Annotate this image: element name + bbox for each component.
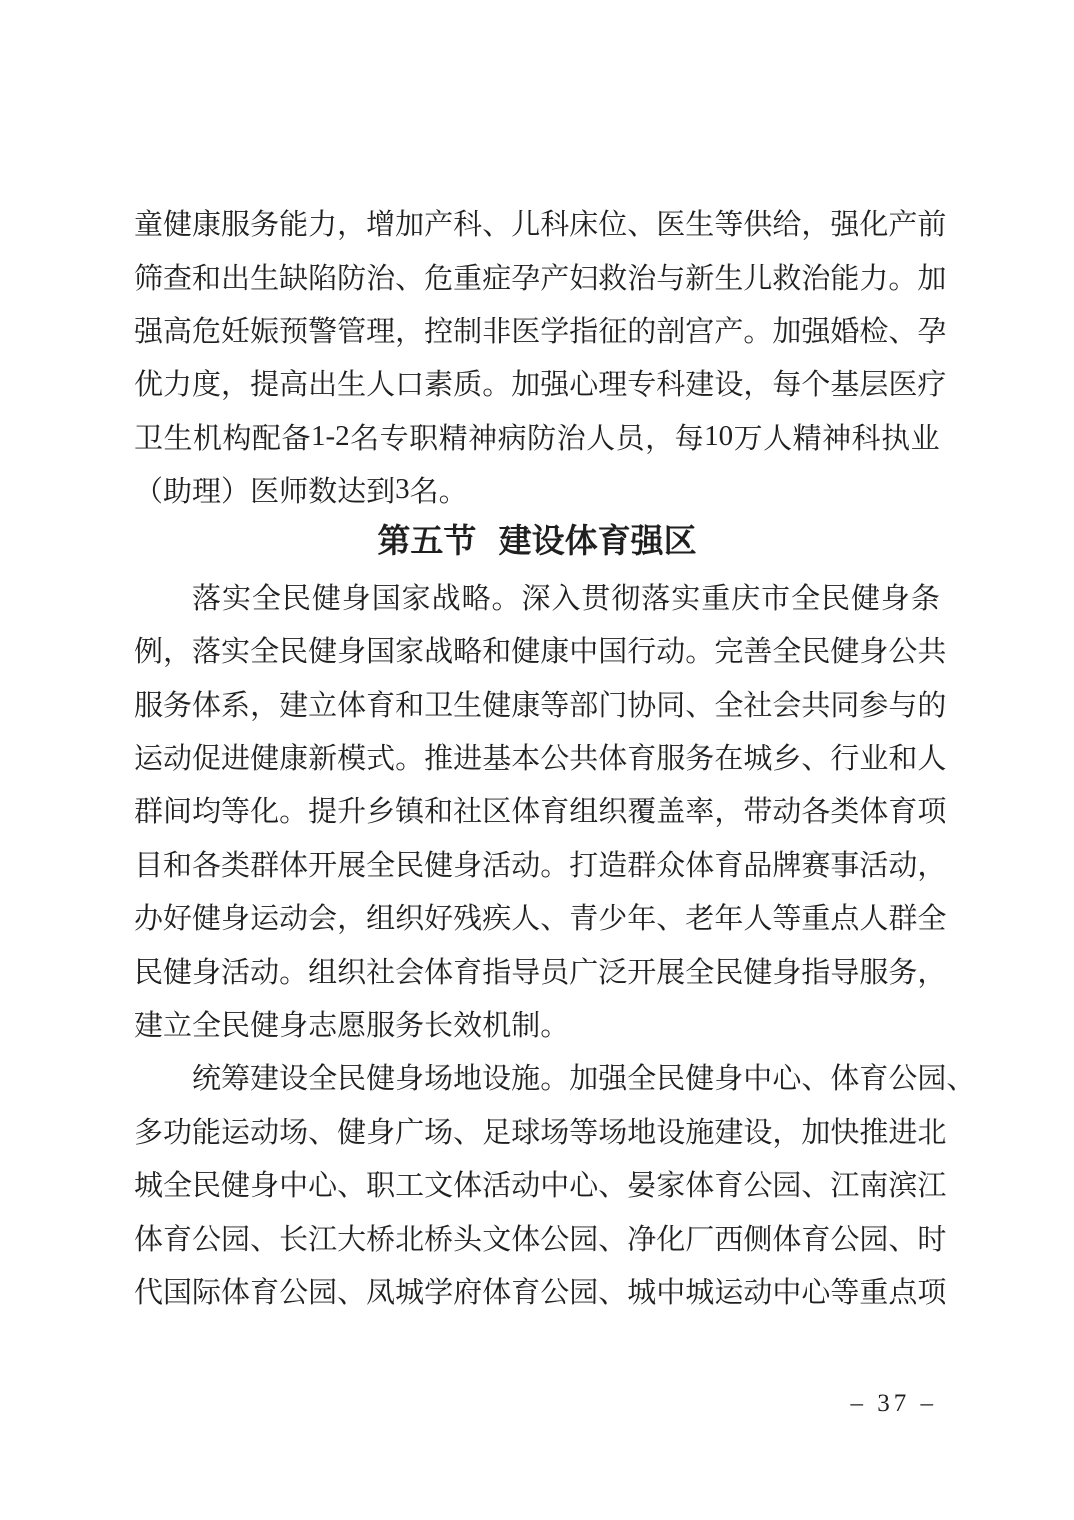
text-char: 组 bbox=[569, 789, 598, 830]
text-line: 例，落实全民健身国家战略和健康中国行动。完善全民健身公共 bbox=[134, 623, 940, 676]
text-char: 全 bbox=[308, 1056, 337, 1097]
text-line: 目和各类群体开展全民健身活动。打造群众体育品牌赛事活动， bbox=[134, 837, 940, 890]
text-char: 园 bbox=[772, 1163, 801, 1204]
text-char: 到 bbox=[366, 469, 395, 510]
text-char: 科 bbox=[852, 416, 881, 457]
text-char: 各 bbox=[801, 789, 830, 830]
text-char: 。 bbox=[395, 736, 424, 777]
text-char: 陷 bbox=[308, 256, 337, 297]
text-char: 促 bbox=[192, 736, 221, 777]
text-char: 民 bbox=[192, 1163, 221, 1204]
text-char: 。 bbox=[743, 309, 772, 350]
text-char: 泛 bbox=[598, 950, 627, 991]
text-char: 青 bbox=[569, 896, 598, 937]
text-line: 城全民健身中心、职工文体活动中心、晏家体育公园、江南滨江 bbox=[134, 1157, 940, 1210]
text-char: 园 bbox=[308, 1270, 337, 1311]
text-char: 项 bbox=[917, 1270, 946, 1311]
text-char: 健 bbox=[192, 896, 221, 937]
text-char: 层 bbox=[859, 362, 888, 403]
text-char: 动 bbox=[250, 1110, 279, 1151]
text-char: 侧 bbox=[743, 1217, 772, 1258]
text-char: 婚 bbox=[830, 309, 859, 350]
text-char: 学 bbox=[540, 309, 569, 350]
text-char: 民 bbox=[337, 1056, 366, 1097]
text-char: 人 bbox=[743, 896, 772, 937]
text-char: 素 bbox=[424, 362, 453, 403]
text-char: 医 bbox=[656, 202, 685, 243]
text-char: 。 bbox=[540, 1003, 569, 1044]
text-char: 国 bbox=[372, 576, 401, 617]
text-char: 、 bbox=[598, 1270, 627, 1311]
text-char: 、 bbox=[482, 202, 511, 243]
text-char: 健 bbox=[337, 1110, 366, 1151]
text-char: 增 bbox=[366, 202, 395, 243]
text-line: 卫生机构配备1-2名专职精神病防治人员，每10万人精神科执业 bbox=[134, 410, 940, 463]
text-char: 重 bbox=[453, 256, 482, 297]
text-char: 区 bbox=[482, 789, 511, 830]
text-char: 时 bbox=[917, 1217, 946, 1258]
text-char: 化 bbox=[656, 1217, 685, 1258]
text-char: 园 bbox=[859, 1217, 888, 1258]
text-char: 模 bbox=[337, 736, 366, 777]
text-char: 、 bbox=[801, 736, 830, 777]
text-char: 率 bbox=[685, 789, 714, 830]
text-line: 办好健身运动会，组织好残疾人、青少年、老年人等重点人群全 bbox=[134, 890, 940, 943]
text-char: 实 bbox=[221, 629, 250, 670]
text-char: 群 bbox=[134, 789, 163, 830]
text-char: 卫 bbox=[424, 683, 453, 724]
text-char: 身 bbox=[279, 1003, 308, 1044]
text-char: 动 bbox=[511, 1163, 540, 1204]
text-char: 设 bbox=[279, 1056, 308, 1097]
text-char: 活 bbox=[859, 843, 888, 884]
text-char: 神 bbox=[822, 416, 851, 457]
text-char: 查 bbox=[163, 256, 192, 297]
text-char: 心 bbox=[569, 1163, 598, 1204]
text-char: 园 bbox=[221, 1217, 250, 1258]
text-char: 。 bbox=[279, 789, 308, 830]
text-char: 重 bbox=[801, 896, 830, 937]
text-char: 同 bbox=[656, 683, 685, 724]
text-char: 善 bbox=[743, 629, 772, 670]
text-char: 。 bbox=[492, 576, 521, 617]
text-char: 、 bbox=[395, 256, 424, 297]
text-char: 能 bbox=[279, 202, 308, 243]
text-char: 务 bbox=[163, 683, 192, 724]
text-char: 厂 bbox=[685, 1217, 714, 1258]
text-char: 心 bbox=[772, 1056, 801, 1097]
text-char: 出 bbox=[221, 256, 250, 297]
text-char: 身 bbox=[192, 950, 221, 991]
text-char: 力 bbox=[308, 202, 337, 243]
text-char: 实 bbox=[671, 576, 700, 617]
text-char: 乡 bbox=[366, 789, 395, 830]
text-char: 务 bbox=[685, 736, 714, 777]
text-char: 城 bbox=[627, 1270, 656, 1311]
text-char: 质 bbox=[453, 362, 482, 403]
text-char: 康 bbox=[511, 683, 540, 724]
text-char: 净 bbox=[627, 1217, 656, 1258]
text-char: 名 bbox=[350, 416, 379, 457]
text-char: 身 bbox=[714, 1056, 743, 1097]
text-char: 全 bbox=[250, 629, 279, 670]
text-char: 加 bbox=[801, 1110, 830, 1151]
text-char: 神 bbox=[468, 416, 497, 457]
text-char: 。 bbox=[279, 950, 308, 991]
text-char: 部 bbox=[569, 683, 598, 724]
text-char: 动 bbox=[743, 1270, 772, 1311]
text-char: 共 bbox=[917, 629, 946, 670]
text-char: ， bbox=[801, 202, 830, 243]
text-char: 供 bbox=[743, 202, 772, 243]
text-char: 救 bbox=[598, 256, 627, 297]
text-char: 设 bbox=[482, 1056, 511, 1097]
text-char: 愿 bbox=[337, 1003, 366, 1044]
text-char: 健 bbox=[685, 1056, 714, 1097]
text-char: 点 bbox=[888, 1270, 917, 1311]
text-char: 和 bbox=[888, 736, 917, 777]
text-char: 构 bbox=[223, 416, 252, 457]
text-char: 西 bbox=[714, 1217, 743, 1258]
text-char: 城 bbox=[395, 1270, 424, 1311]
text-char: 医 bbox=[511, 309, 540, 350]
text-char: 地 bbox=[627, 1110, 656, 1151]
text-line: 优力度，提高出生人口素质。加强心理专科建设，每个基层医疗 bbox=[134, 356, 940, 409]
text-char: 达 bbox=[337, 469, 366, 510]
text-char: 管 bbox=[337, 309, 366, 350]
text-char: 会 bbox=[772, 683, 801, 724]
text-char: ， bbox=[337, 896, 366, 937]
text-char: 际 bbox=[192, 1270, 221, 1311]
text-char: 、 bbox=[888, 1217, 917, 1258]
text-char: 基 bbox=[482, 736, 511, 777]
text-char: 等 bbox=[714, 202, 743, 243]
text-char: 系 bbox=[221, 683, 250, 724]
text-char: 全 bbox=[627, 1056, 656, 1097]
text-char: 桥 bbox=[424, 1217, 453, 1258]
text-char: ， bbox=[221, 362, 250, 403]
text-char: 医 bbox=[250, 469, 279, 510]
text-char: 落 bbox=[641, 576, 670, 617]
text-char: 立 bbox=[308, 683, 337, 724]
text-char: 实 bbox=[222, 576, 251, 617]
text-char: 园 bbox=[917, 1056, 946, 1097]
text-char: 产 bbox=[714, 309, 743, 350]
text-char: 战 bbox=[424, 629, 453, 670]
text-char: 施 bbox=[511, 1056, 540, 1097]
text-char: 城 bbox=[134, 1163, 163, 1204]
text-char: 人 bbox=[511, 896, 540, 937]
text-char: 足 bbox=[482, 1110, 511, 1151]
text-char: 战 bbox=[432, 576, 461, 617]
text-char: 人 bbox=[917, 736, 946, 777]
text-char: 落 bbox=[192, 629, 221, 670]
text-char: 务 bbox=[250, 202, 279, 243]
text-char: 和 bbox=[163, 843, 192, 884]
text-char: 落 bbox=[192, 576, 221, 617]
text-char: 人 bbox=[763, 416, 792, 457]
text-char: 体 bbox=[772, 1217, 801, 1258]
text-char: 完 bbox=[714, 629, 743, 670]
text-char: 快 bbox=[830, 1110, 859, 1151]
text-char: 彻 bbox=[611, 576, 640, 617]
text-char: 前 bbox=[917, 202, 946, 243]
text-char: 升 bbox=[337, 789, 366, 830]
text-char: 建 bbox=[685, 362, 714, 403]
text-char: 新 bbox=[308, 736, 337, 777]
text-char: 防 bbox=[527, 416, 556, 457]
text-char: 服 bbox=[656, 736, 685, 777]
text-char: 均 bbox=[192, 789, 221, 830]
text-char: 、 bbox=[656, 896, 685, 937]
text-char: 业 bbox=[911, 416, 940, 457]
text-char: 1-2 bbox=[311, 420, 350, 453]
text-char: 筹 bbox=[221, 1056, 250, 1097]
text-char: 。 bbox=[482, 362, 511, 403]
text-char: 治 bbox=[557, 416, 586, 457]
text-char: 身 bbox=[395, 1056, 424, 1097]
text-char: 群 bbox=[888, 896, 917, 937]
text-char: 员 bbox=[616, 416, 645, 457]
text-char: 能 bbox=[830, 256, 859, 297]
text-char: 中 bbox=[569, 629, 598, 670]
text-char: 推 bbox=[424, 736, 453, 777]
text-char: 江 bbox=[308, 1217, 337, 1258]
text-char: 会 bbox=[395, 950, 424, 991]
text-char: 共 bbox=[801, 683, 830, 724]
text-char: 妇 bbox=[569, 256, 598, 297]
text-char: 员 bbox=[540, 950, 569, 991]
text-line: （助理）医师数达到3名。 bbox=[134, 463, 940, 516]
text-char: 头 bbox=[453, 1217, 482, 1258]
text-char: 、 bbox=[685, 683, 714, 724]
text-char: 活 bbox=[482, 843, 511, 884]
text-char: （ bbox=[134, 469, 163, 510]
text-char: 数 bbox=[308, 469, 337, 510]
text-char: 理 bbox=[598, 362, 627, 403]
text-char: 身 bbox=[366, 1110, 395, 1151]
text-char: 设 bbox=[743, 1110, 772, 1151]
text-char: 城 bbox=[685, 1270, 714, 1311]
text-char: 立 bbox=[163, 1003, 192, 1044]
text-char: 健 bbox=[482, 683, 511, 724]
text-char: 文 bbox=[424, 1163, 453, 1204]
text-char: 育 bbox=[366, 683, 395, 724]
text-char: 效 bbox=[453, 1003, 482, 1044]
text-char: 民 bbox=[282, 576, 311, 617]
text-char: 城 bbox=[743, 736, 772, 777]
text-char: 职 bbox=[409, 416, 438, 457]
text-char: 长 bbox=[424, 1003, 453, 1044]
text-char: 心 bbox=[308, 1163, 337, 1204]
text-char: 运 bbox=[134, 736, 163, 777]
text-char: 与 bbox=[656, 256, 685, 297]
text-char: 、 bbox=[540, 896, 569, 937]
text-char: 、 bbox=[946, 1056, 975, 1097]
text-char: 和 bbox=[424, 789, 453, 830]
text-char: ， bbox=[163, 629, 192, 670]
text-char: 基 bbox=[830, 362, 859, 403]
text-char: 危 bbox=[424, 256, 453, 297]
text-char: 制 bbox=[511, 1003, 540, 1044]
text-char: 会 bbox=[308, 896, 337, 937]
text-char: 全 bbox=[366, 843, 395, 884]
text-line: 群间均等化。提升乡镇和社区体育组织覆盖率，带动各类体育项 bbox=[134, 783, 940, 836]
text-char: 儿 bbox=[511, 202, 540, 243]
text-char: 执 bbox=[881, 416, 910, 457]
text-char: 身 bbox=[772, 950, 801, 991]
text-char: 等 bbox=[221, 789, 250, 830]
text-char: 少 bbox=[598, 896, 627, 937]
text-char: 生 bbox=[685, 202, 714, 243]
text-char: 功 bbox=[163, 1110, 192, 1151]
text-char: 、 bbox=[598, 1217, 627, 1258]
text-char: 社 bbox=[743, 683, 772, 724]
text-char: 中 bbox=[279, 1163, 308, 1204]
text-char: 体 bbox=[279, 843, 308, 884]
text-char: 征 bbox=[598, 309, 627, 350]
text-char: 。 bbox=[685, 629, 714, 670]
text-char: 。 bbox=[888, 256, 917, 297]
text-char: 间 bbox=[163, 789, 192, 830]
text-char: 疾 bbox=[482, 896, 511, 937]
text-char: 进 bbox=[888, 1110, 917, 1151]
text-char: 公 bbox=[192, 1217, 221, 1258]
text-char: 园 bbox=[569, 1270, 598, 1311]
text-char: 中 bbox=[772, 1270, 801, 1311]
text-char: 产 bbox=[424, 202, 453, 243]
text-char: 化 bbox=[859, 202, 888, 243]
text-char: 万 bbox=[734, 416, 763, 457]
text-char: 公 bbox=[830, 1217, 859, 1258]
text-char: 镇 bbox=[395, 789, 424, 830]
text-char: 产 bbox=[540, 256, 569, 297]
document-page: 童健康服务能力，增加产科、儿科床位、医生等供给，强化产前筛查和出生缺陷防治、危重… bbox=[0, 0, 1074, 1520]
text-char: 预 bbox=[279, 309, 308, 350]
text-line: 体育公园、长江大桥北桥头文体公园、净化厂西侧体育公园、时 bbox=[134, 1210, 940, 1263]
text-char: 健 bbox=[830, 629, 859, 670]
text-char: 强 bbox=[830, 202, 859, 243]
text-char: 。 bbox=[540, 1056, 569, 1097]
text-char: 动 bbox=[888, 843, 917, 884]
text-char: 缺 bbox=[279, 256, 308, 297]
text-char: 民 bbox=[395, 843, 424, 884]
text-line: 代国际体育公园、凤城学府体育公园、城中城运动中心等重点项 bbox=[134, 1264, 940, 1317]
text-char: 健 bbox=[163, 950, 192, 991]
page-number: – 37 – bbox=[851, 1390, 938, 1418]
text-char: 凤 bbox=[366, 1270, 395, 1311]
text-char: 中 bbox=[540, 1163, 569, 1204]
text-char: 公 bbox=[888, 629, 917, 670]
text-char: 生 bbox=[714, 256, 743, 297]
text-char: 指 bbox=[569, 309, 598, 350]
text-char: 府 bbox=[453, 1270, 482, 1311]
text-char: 全 bbox=[714, 683, 743, 724]
text-char: 检 bbox=[859, 309, 888, 350]
text-char: 体 bbox=[337, 683, 366, 724]
text-char: 深 bbox=[521, 576, 550, 617]
text-char: 带 bbox=[743, 789, 772, 830]
text-char: 强 bbox=[134, 309, 163, 350]
text-char: 和 bbox=[482, 629, 511, 670]
text-char: 国 bbox=[598, 629, 627, 670]
text-char: 非 bbox=[482, 309, 511, 350]
paragraph-maternal-child-health: 童健康服务能力，增加产科、儿科床位、医生等供给，强化产前筛查和出生缺陷防治、危重… bbox=[134, 196, 940, 516]
text-char: 统 bbox=[192, 1056, 221, 1097]
text-char: 民 bbox=[714, 950, 743, 991]
text-char: 名 bbox=[410, 469, 439, 510]
text-char: 式 bbox=[366, 736, 395, 777]
text-char: 进 bbox=[453, 736, 482, 777]
text-char: 牌 bbox=[772, 843, 801, 884]
text-char: 身 bbox=[881, 576, 910, 617]
text-char: 动 bbox=[163, 736, 192, 777]
text-char: 体 bbox=[830, 1056, 859, 1097]
text-char: 全 bbox=[791, 576, 820, 617]
text-char: 科 bbox=[453, 202, 482, 243]
text-char: 育 bbox=[859, 1056, 888, 1097]
text-char: 、 bbox=[250, 1217, 279, 1258]
text-char: 育 bbox=[714, 843, 743, 884]
text-char: 代 bbox=[134, 1270, 163, 1311]
text-char: 康 bbox=[279, 736, 308, 777]
text-char: 专 bbox=[380, 416, 409, 457]
text-char: 工 bbox=[395, 1163, 424, 1204]
text-char: 场 bbox=[279, 1110, 308, 1151]
text-char: 10 bbox=[704, 420, 733, 453]
text-char: 北 bbox=[917, 1110, 946, 1151]
text-char: 中 bbox=[656, 1270, 685, 1311]
text-char: 精 bbox=[439, 416, 468, 457]
text-char: 进 bbox=[221, 736, 250, 777]
text-char: 筛 bbox=[134, 256, 163, 297]
text-char: 卫 bbox=[134, 416, 163, 457]
text-char: 、 bbox=[627, 202, 656, 243]
text-char: 位 bbox=[598, 202, 627, 243]
text-char: 健 bbox=[221, 1163, 250, 1204]
text-char: 优 bbox=[134, 362, 163, 403]
text-char: 健 bbox=[743, 950, 772, 991]
text-line: 多功能运动场、健身广场、足球场等场地设施建设，加快推进北 bbox=[134, 1104, 940, 1157]
text-char: 体 bbox=[685, 1163, 714, 1204]
text-char: 地 bbox=[453, 1056, 482, 1097]
text-char: 床 bbox=[569, 202, 598, 243]
text-char: 多 bbox=[134, 1110, 163, 1151]
text-char: 民 bbox=[221, 1003, 250, 1044]
text-char: 指 bbox=[482, 950, 511, 991]
text-char: 行 bbox=[627, 629, 656, 670]
text-char: 给 bbox=[772, 202, 801, 243]
text-char: 品 bbox=[743, 843, 772, 884]
text-char: 参 bbox=[859, 683, 888, 724]
text-char: 身 bbox=[250, 1163, 279, 1204]
text-char: 机 bbox=[193, 416, 222, 457]
text-char: ， bbox=[743, 362, 772, 403]
text-char: 理 bbox=[192, 469, 221, 510]
text-char: 防 bbox=[337, 256, 366, 297]
text-char: ， bbox=[917, 950, 946, 991]
text-char: 康 bbox=[540, 629, 569, 670]
text-char: 生 bbox=[453, 683, 482, 724]
text-char: ， bbox=[645, 416, 674, 457]
text-char: 能 bbox=[192, 1110, 221, 1151]
text-char: 服 bbox=[859, 950, 888, 991]
text-char: 民 bbox=[656, 1056, 685, 1097]
text-char: 科 bbox=[656, 362, 685, 403]
text-char: 好 bbox=[163, 896, 192, 937]
text-char: 健 bbox=[511, 629, 540, 670]
text-char: 庆 bbox=[731, 576, 760, 617]
